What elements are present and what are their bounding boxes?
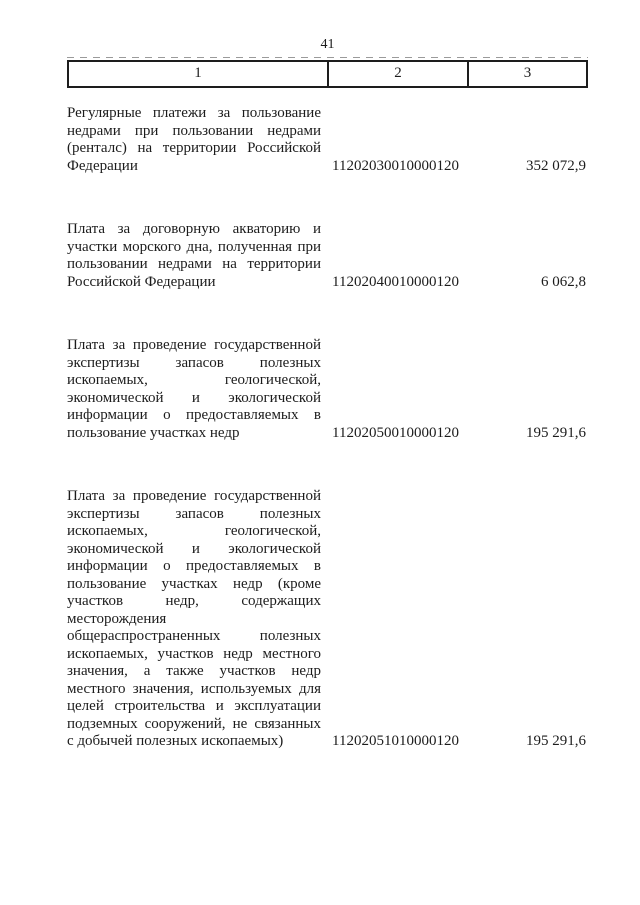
- table-body: Регулярные платежи за пользование недрам…: [67, 105, 588, 751]
- table-row: Плата за договорную акваторию и участки …: [67, 221, 588, 291]
- revenue-name-cell: Регулярные платежи за пользование недрам…: [67, 105, 327, 175]
- amount-cell: 352 072,9: [468, 158, 588, 176]
- budget-code-cell: 11202051010000120: [327, 733, 468, 751]
- table-header-col3: 3: [467, 62, 586, 86]
- table-header-col1: 1: [69, 62, 327, 86]
- page-number: 41: [67, 37, 588, 52]
- budget-code-cell: 11202040010000120: [327, 274, 468, 292]
- table-header-col2: 2: [327, 62, 467, 86]
- revenue-table: 1 2 3 Регулярные платежи за пользование …: [67, 60, 588, 797]
- budget-code-cell: 11202030010000120: [327, 158, 468, 176]
- revenue-name-cell: Плата за проведение государственной эксп…: [67, 337, 327, 442]
- amount-cell: 6 062,8: [468, 274, 588, 292]
- scan-artifact-line: [67, 57, 588, 58]
- table-header-row: 1 2 3: [67, 60, 588, 88]
- amount-cell: 195 291,6: [468, 425, 588, 443]
- budget-code-cell: 11202050010000120: [327, 425, 468, 443]
- revenue-name-cell: Плата за проведение государственной эксп…: [67, 488, 327, 751]
- revenue-name-cell: Плата за договорную акваторию и участки …: [67, 221, 327, 291]
- document-page: 41 1 2 3 Регулярные платежи за пользован…: [0, 0, 640, 905]
- table-row: Плата за проведение государственной эксп…: [67, 488, 588, 751]
- table-row: Плата за проведение государственной эксп…: [67, 337, 588, 442]
- amount-cell: 195 291,6: [468, 733, 588, 751]
- table-row: Регулярные платежи за пользование недрам…: [67, 105, 588, 175]
